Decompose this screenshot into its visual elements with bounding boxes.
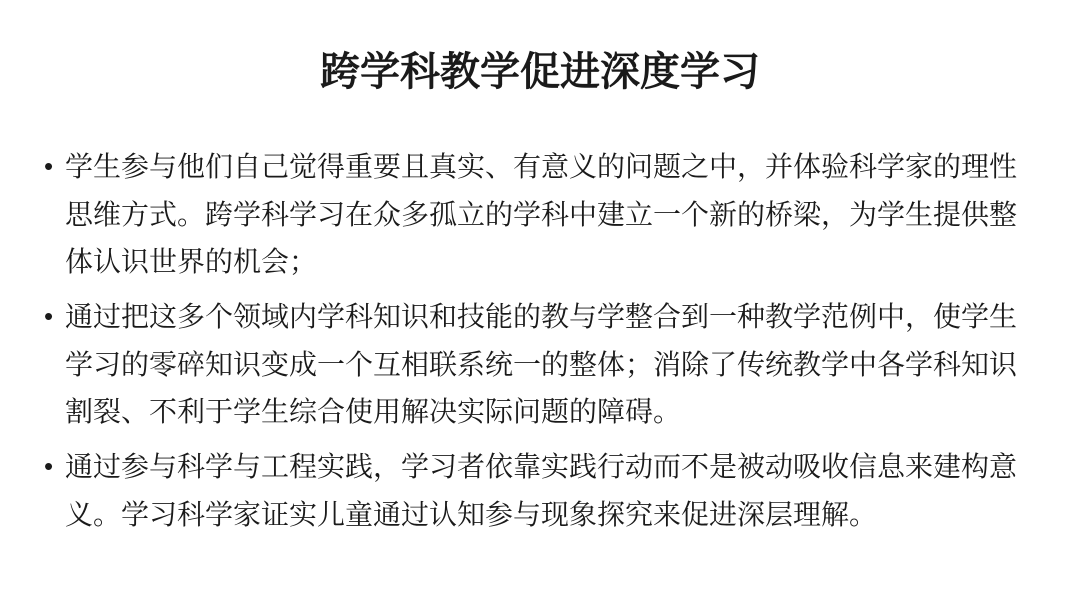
bullet-marker-icon: • [44, 143, 65, 191]
bullet-line: 通过参与科学与工程实践，学习者依靠实践行动而不是被动吸收信息来建构意 [65, 443, 1052, 491]
bullet-line: 体认识世界的机会； [65, 238, 1052, 286]
slide: 跨学科教学促进深度学习 • 学生参与他们自己觉得重要且真实、有意义的问题之中，并… [0, 0, 1080, 607]
bullet-line: 思维方式。跨学科学习在众多孤立的学科中建立一个新的桥梁，为学生提供整 [65, 191, 1052, 239]
bullet-line: 义。学习科学家证实儿童通过认知参与现象探究来促进深层理解。 [65, 491, 1052, 539]
bullet-text: 学生参与他们自己觉得重要且真实、有意义的问题之中，并体验科学家的理性 思维方式。… [65, 143, 1052, 286]
bullet-line: 割裂、不利于学生综合使用解决实际问题的障碍。 [65, 388, 1052, 436]
bullet-item: • 学生参与他们自己觉得重要且真实、有意义的问题之中，并体验科学家的理性 思维方… [44, 143, 1052, 286]
bullet-item: • 通过参与科学与工程实践，学习者依靠实践行动而不是被动吸收信息来建构意 义。学… [44, 443, 1052, 538]
bullet-text: 通过参与科学与工程实践，学习者依靠实践行动而不是被动吸收信息来建构意 义。学习科… [65, 443, 1052, 538]
bullet-text: 通过把这多个领域内学科知识和技能的教与学整合到一种教学范例中，使学生 学习的零碎… [65, 293, 1052, 436]
bullet-line: 学生参与他们自己觉得重要且真实、有意义的问题之中，并体验科学家的理性 [65, 143, 1052, 191]
bullet-marker-icon: • [44, 293, 65, 341]
bullet-marker-icon: • [44, 443, 65, 491]
bullet-line: 通过把这多个领域内学科知识和技能的教与学整合到一种教学范例中，使学生 [65, 293, 1052, 341]
slide-title: 跨学科教学促进深度学习 [0, 0, 1080, 96]
bullet-line: 学习的零碎知识变成一个互相联系统一的整体；消除了传统教学中各学科知识 [65, 341, 1052, 389]
bullet-item: • 通过把这多个领域内学科知识和技能的教与学整合到一种教学范例中，使学生 学习的… [44, 293, 1052, 436]
bullet-list: • 学生参与他们自己觉得重要且真实、有意义的问题之中，并体验科学家的理性 思维方… [0, 143, 1080, 538]
